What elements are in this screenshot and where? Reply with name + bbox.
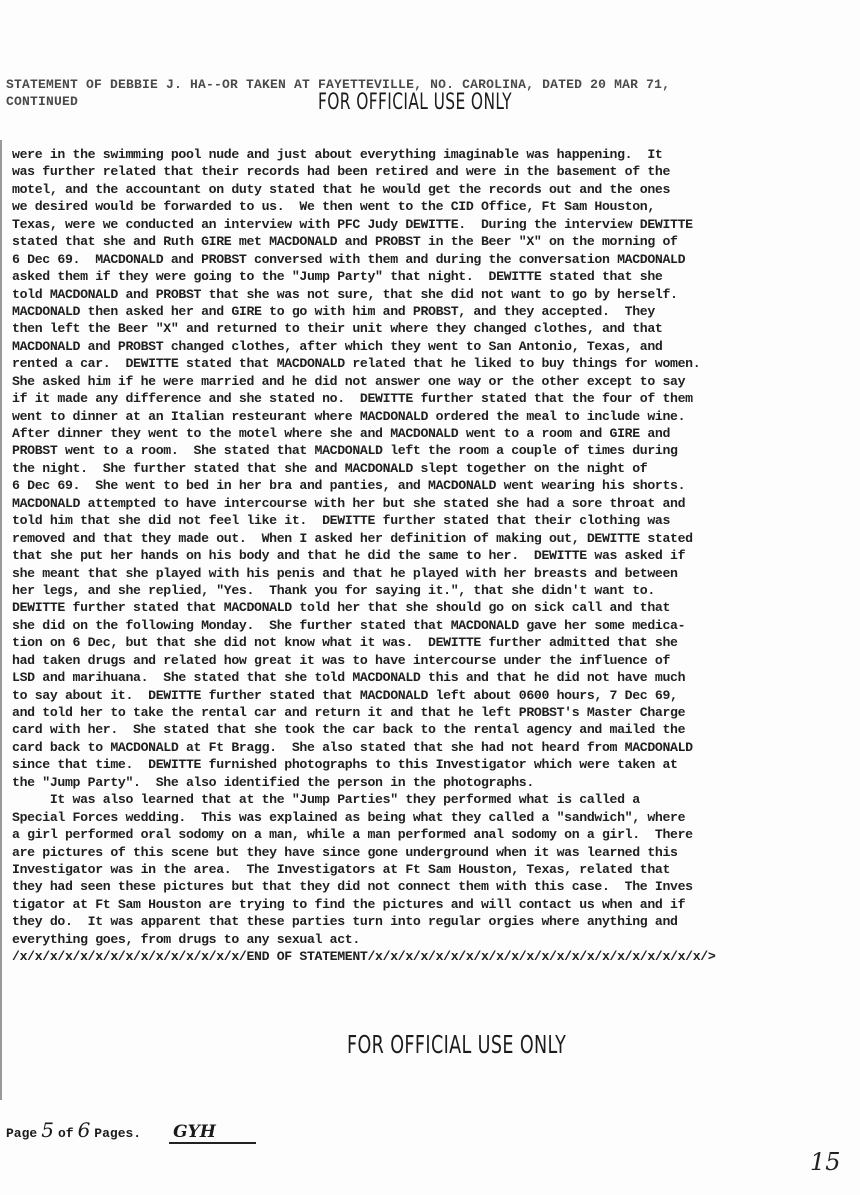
- statement-line: and told her to take the rental car and …: [12, 704, 860, 721]
- statement-line: her legs, and she replied, "Yes. Thank y…: [12, 582, 860, 599]
- statement-line: went to dinner at an Italian resteurant …: [12, 408, 860, 425]
- statement-line: MACDONALD then asked her and GIRE to go …: [12, 303, 860, 320]
- statement-line: the night. She further stated that she a…: [12, 460, 860, 477]
- statement-line: we desired would be forwarded to us. We …: [12, 198, 860, 215]
- statement-line: card back to MACDONALD at Ft Bragg. She …: [12, 739, 860, 756]
- statement-line: Texas, were we conducted an interview wi…: [12, 216, 860, 233]
- statement-line: are pictures of this scene but they have…: [12, 844, 860, 861]
- page-current-number: 5: [41, 1118, 54, 1142]
- page-footer: Page 5 of 6 Pages. GYH: [6, 1118, 256, 1144]
- statement-line: Investigator was in the area. The Invest…: [12, 861, 860, 878]
- statement-line: tigator at Ft Sam Houston are trying to …: [12, 896, 860, 913]
- statement-line: Special Forces wedding. This was explain…: [12, 809, 860, 826]
- statement-line: 6 Dec 69. MACDONALD and PROBST conversed…: [12, 251, 860, 268]
- statement-line: tion on 6 Dec, but that she did not know…: [12, 634, 860, 651]
- document-page: STATEMENT OF DEBBIE J. HA--OR TAKEN AT F…: [0, 0, 860, 1195]
- statement-line: everything goes, from drugs to any sexua…: [12, 931, 860, 948]
- statement-line: LSD and marihuana. She stated that she t…: [12, 669, 860, 686]
- statement-line: that she put her hands on his body and t…: [12, 547, 860, 564]
- statement-line: She asked him if he were married and he …: [12, 373, 860, 390]
- statement-line: rented a car. DEWITTE stated that MACDON…: [12, 355, 860, 372]
- page-of-label: of: [58, 1126, 74, 1141]
- statement-line: It was also learned that at the "Jump Pa…: [12, 791, 860, 808]
- statement-line: After dinner they went to the motel wher…: [12, 425, 860, 442]
- statement-line: removed and that they made out. When I a…: [12, 530, 860, 547]
- statement-line: PROBST went to a room. She stated that M…: [12, 442, 860, 459]
- statement-line: were in the swimming pool nude and just …: [12, 146, 860, 163]
- statement-line: card with her. She stated that she took …: [12, 721, 860, 738]
- statement-header-continued: CONTINUED: [6, 94, 78, 109]
- statement-line: to say about it. DEWITTE further stated …: [12, 687, 860, 704]
- page-total-number: 6: [78, 1118, 91, 1142]
- statement-line: then left the Beer "X" and returned to t…: [12, 320, 860, 337]
- statement-line: they had seen these pictures but that th…: [12, 878, 860, 895]
- page-label: Page: [6, 1126, 37, 1141]
- statement-body: were in the swimming pool nude and just …: [12, 146, 860, 966]
- statement-line: MACDONALD and PROBST changed clothes, af…: [12, 338, 860, 355]
- scan-edge: [0, 140, 2, 1100]
- statement-line: she did on the following Monday. She fur…: [12, 617, 860, 634]
- statement-line: MACDONALD attempted to have intercourse …: [12, 495, 860, 512]
- statement-line: asked them if they were going to the "Ju…: [12, 268, 860, 285]
- statement-line: was further related that their records h…: [12, 163, 860, 180]
- statement-line: stated that she and Ruth GIRE met MACDON…: [12, 233, 860, 250]
- statement-line: motel, and the accountant on duty stated…: [12, 181, 860, 198]
- statement-line: /x/x/x/x/x/x/x/x/x/x/x/x/x/x/x/END OF ST…: [12, 948, 860, 965]
- handwritten-page-mark: 15: [810, 1148, 841, 1176]
- statement-line: since that time. DEWITTE furnished photo…: [12, 756, 860, 773]
- official-use-stamp-top: FOR OFFICIAL USE ONLY: [318, 90, 512, 115]
- statement-line: a girl performed oral sodomy on a man, w…: [12, 826, 860, 843]
- statement-line: told him that she did not feel like it. …: [12, 512, 860, 529]
- statement-line: if it made any difference and she stated…: [12, 390, 860, 407]
- official-use-stamp-bottom: FOR OFFICIAL USE ONLY: [347, 1030, 566, 1059]
- handwritten-initials: GYH: [169, 1122, 256, 1144]
- statement-line: the "Jump Party". She also identified th…: [12, 774, 860, 791]
- statement-line: had taken drugs and related how great it…: [12, 652, 860, 669]
- statement-line: she meant that she played with his penis…: [12, 565, 860, 582]
- statement-line: 6 Dec 69. She went to bed in her bra and…: [12, 477, 860, 494]
- statement-line: they do. It was apparent that these part…: [12, 913, 860, 930]
- statement-line: told MACDONALD and PROBST that she was n…: [12, 286, 860, 303]
- pages-label: Pages.: [94, 1126, 141, 1141]
- statement-line: DEWITTE further stated that MACDONALD to…: [12, 599, 860, 616]
